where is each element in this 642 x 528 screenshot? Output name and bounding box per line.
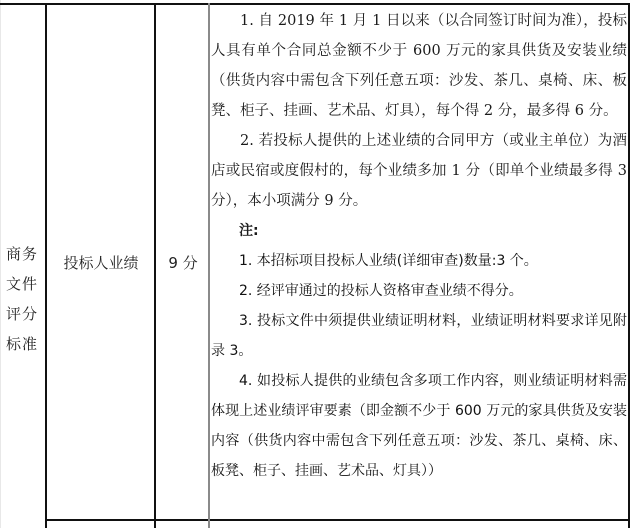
criteria-paragraph-1: 1. 自 2019 年 1 月 1 日以来（以合同签订时间为准），投标人具有单个… (211, 6, 627, 126)
criteria-cell: 1. 自 2019 年 1 月 1 日以来（以合同签订时间为准），投标人具有单个… (211, 6, 627, 486)
category-line: 文件 (6, 270, 42, 300)
column-divider-2 (154, 3, 156, 528)
table-bottom-border (46, 519, 630, 521)
category-line: 标准 (6, 330, 42, 360)
category-line: 商务 (6, 240, 42, 270)
note-item-4: 4. 如投标人提供的业绩包含多项工作内容，则业绩证明材料需体现上述业绩评审要素（… (211, 366, 627, 486)
note-item-3: 3. 投标文件中须提供业绩证明材料，业绩证明材料要求详见附录 3。 (211, 306, 627, 366)
criteria-paragraph-2: 2. 若投标人提供的上述业绩的合同甲方（或业主单位）为酒店或民宿或度假村的，每个… (211, 126, 627, 216)
document-page: 商务 文件 评分 标准 投标人业绩 9 分 1. 自 2019 年 1 月 1 … (0, 0, 642, 528)
column-divider-1 (45, 3, 47, 528)
category-line: 评分 (6, 300, 42, 330)
table-right-border (628, 3, 630, 528)
item-name-cell: 投标人业绩 (48, 252, 154, 273)
note-item-2: 2. 经评审通过的投标人资格审查业绩不得分。 (211, 276, 627, 306)
category-cell: 商务 文件 评分 标准 (6, 240, 42, 360)
score-cell: 9 分 (157, 252, 209, 273)
note-item-1: 1. 本招标项目投标人业绩(详细审查)数量:3 个。 (211, 246, 627, 276)
table-top-border (0, 3, 630, 5)
note-title: 注: (211, 216, 627, 246)
